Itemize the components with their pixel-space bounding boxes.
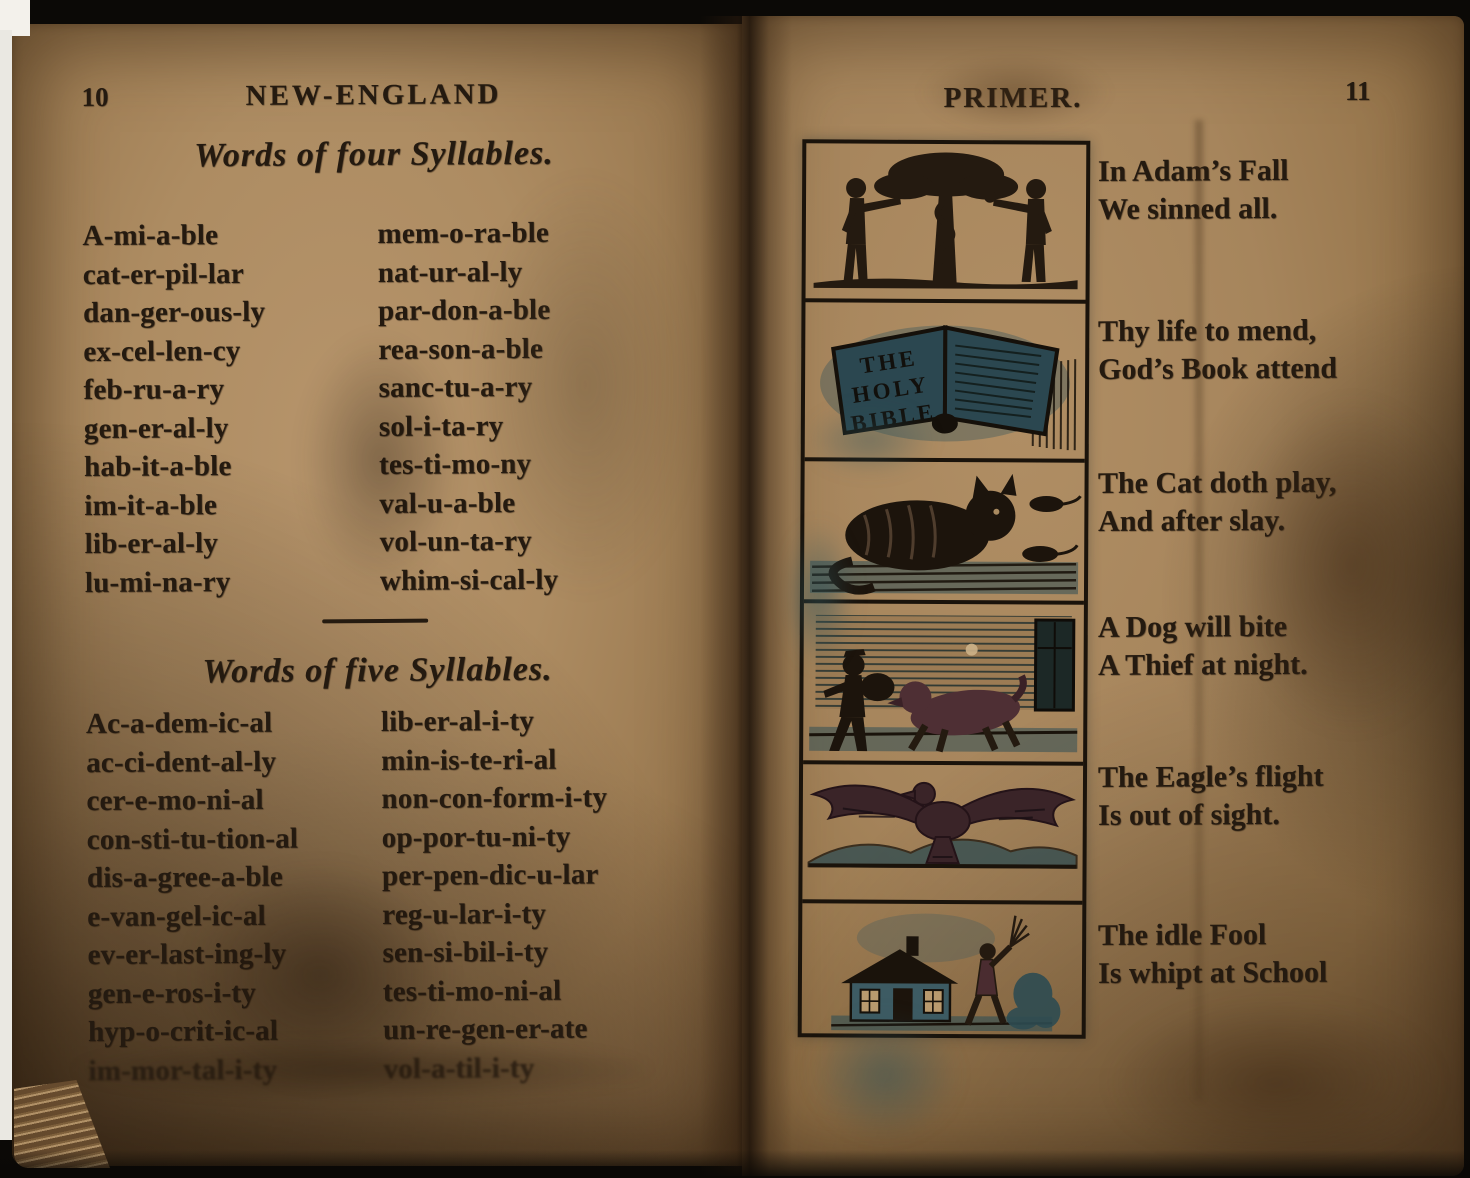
rhyme-line: Is out of sight. bbox=[1098, 795, 1458, 835]
rhyme-line: A Dog will bite bbox=[1098, 607, 1458, 647]
right-page: PRIMER. 11 bbox=[742, 16, 1464, 1176]
word-item: nat-ur-al-ly bbox=[378, 252, 557, 292]
rhyme-dog: A Dog will bite A Thief at night. bbox=[1098, 607, 1458, 685]
word-item: gen-e-ros-i-ty bbox=[88, 973, 300, 1013]
rhyme-line: The Cat doth play, bbox=[1098, 463, 1458, 503]
four-syllable-column-2: mem-o-ra-blenat-ur-al-lypar-don-a-blerea… bbox=[377, 214, 558, 600]
word-item: dan-ger-ous-ly bbox=[83, 293, 265, 333]
five-syllable-column-1: Ac-a-dem-ic-alac-ci-dent-al-lycer-e-mo-n… bbox=[86, 704, 300, 1090]
word-item: par-don-a-ble bbox=[378, 291, 557, 331]
word-item: non-con-form-i-ty bbox=[381, 778, 607, 818]
word-item: vol-un-ta-ry bbox=[379, 522, 558, 562]
left-page: 10 NEW-ENGLAND Words of four Syllables. … bbox=[8, 21, 746, 1168]
adam-and-eve-illustration bbox=[806, 143, 1087, 299]
rhyme-cat: The Cat doth play, And after slay. bbox=[1098, 463, 1458, 541]
rhyme-adams-fall: In Adam’s Fall We sinned all. bbox=[1098, 151, 1458, 229]
word-item: whim-si-cal-ly bbox=[380, 560, 559, 600]
word-item: mem-o-ra-ble bbox=[377, 214, 556, 254]
word-item: min-is-te-ri-al bbox=[381, 740, 607, 780]
word-item: cer-e-mo-ni-al bbox=[86, 781, 298, 821]
section-divider-rule bbox=[322, 619, 428, 624]
word-item: vol-a-til-i-ty bbox=[383, 1048, 609, 1088]
word-item: tes-ti-mo-ny bbox=[379, 445, 558, 485]
word-item: dis-a-gree-a-ble bbox=[87, 858, 299, 898]
rhyme-line: And after slay. bbox=[1098, 501, 1458, 541]
woodcut-cat bbox=[804, 461, 1085, 604]
word-item: gen-er-al-ly bbox=[84, 408, 266, 448]
word-item: cat-er-pil-lar bbox=[83, 254, 265, 294]
word-item: ex-cel-len-cy bbox=[83, 331, 265, 371]
word-item: Ac-a-dem-ic-al bbox=[86, 704, 298, 744]
word-item: feb-ru-a-ry bbox=[83, 370, 265, 410]
word-item: tes-ti-mo-ni-al bbox=[383, 971, 609, 1011]
rhyme-gods-book: Thy life to mend, God’s Book attend bbox=[1098, 311, 1458, 389]
word-item: hyp-o-crit-ic-al bbox=[88, 1012, 300, 1052]
word-item: e-van-gel-ic-al bbox=[87, 896, 299, 936]
word-item: lib-er-al-i-ty bbox=[381, 701, 607, 741]
woodcut-adam-and-eve bbox=[805, 143, 1086, 303]
word-item: sanc-tu-a-ry bbox=[378, 368, 557, 408]
word-item: un-re-gen-er-ate bbox=[383, 1009, 609, 1049]
word-item: con-sti-tu-tion-al bbox=[87, 819, 299, 859]
thief-and-dog-illustration bbox=[803, 603, 1084, 761]
word-item: lu-mi-na-ry bbox=[85, 562, 267, 602]
rhyme-line: The idle Fool bbox=[1098, 915, 1458, 955]
four-syllable-column-1: A-mi-a-blecat-er-pil-lardan-ger-ous-lyex… bbox=[82, 216, 267, 602]
word-item: im-mor-tal-i-ty bbox=[88, 1050, 300, 1090]
word-item: reg-u-lar-i-ty bbox=[382, 894, 608, 934]
rhyme-line: Is whipt at School bbox=[1098, 953, 1458, 993]
rhyme-line: We sinned all. bbox=[1098, 189, 1458, 229]
scan-bottom-shadow bbox=[0, 1150, 1470, 1178]
word-item: hab-it-a-ble bbox=[84, 447, 266, 487]
word-item: A-mi-a-ble bbox=[82, 216, 264, 256]
word-item: op-por-tu-ni-ty bbox=[382, 817, 608, 857]
word-item: lib-er-al-ly bbox=[85, 524, 267, 564]
word-item: val-u-a-ble bbox=[379, 483, 558, 523]
schoolhouse-and-master-illustration bbox=[802, 903, 1083, 1034]
rhyme-idle-fool: The idle Fool Is whipt at School bbox=[1098, 915, 1458, 993]
word-item: ev-er-last-ing-ly bbox=[87, 935, 299, 975]
word-item: ac-ci-dent-al-ly bbox=[86, 742, 298, 782]
rhyme-line: The Eagle’s flight bbox=[1098, 757, 1458, 797]
woodcut-school bbox=[802, 903, 1083, 1034]
holy-bible-illustration: THE HOLY BIBLE bbox=[805, 302, 1086, 458]
woodcut-frame: THE HOLY BIBLE bbox=[798, 139, 1091, 1038]
section-heading-four-syllables: Words of four Syllables. bbox=[9, 133, 739, 176]
word-item: per-pen-dic-u-lar bbox=[382, 855, 608, 895]
rhyme-line: A Thief at night. bbox=[1098, 645, 1458, 685]
running-head-right: PRIMER. bbox=[652, 82, 1374, 115]
rhyme-line: Thy life to mend, bbox=[1098, 311, 1458, 351]
page-number-right: 11 bbox=[1345, 76, 1371, 107]
book-scan: 10 NEW-ENGLAND Words of four Syllables. … bbox=[0, 0, 1470, 1178]
section-heading-five-syllables: Words of five Syllables. bbox=[12, 649, 742, 692]
rhyme-line: In Adam’s Fall bbox=[1098, 151, 1458, 191]
scanner-background bbox=[0, 30, 12, 1140]
rhyme-line: God’s Book attend bbox=[1098, 349, 1458, 389]
woodcut-holy-bible: THE HOLY BIBLE bbox=[805, 302, 1086, 462]
word-item: rea-son-a-ble bbox=[378, 329, 557, 369]
rhyme-eagle: The Eagle’s flight Is out of sight. bbox=[1098, 757, 1458, 835]
word-item: im-it-a-ble bbox=[84, 485, 266, 525]
word-item: sol-i-ta-ry bbox=[379, 406, 558, 446]
word-item: sen-si-bil-i-ty bbox=[382, 932, 608, 972]
running-head-left: NEW-ENGLAND bbox=[8, 76, 738, 114]
five-syllable-column-2: lib-er-al-i-tymin-is-te-ri-alnon-con-for… bbox=[381, 701, 609, 1088]
flying-eagle-illustration bbox=[802, 764, 1083, 900]
woodcut-eagle bbox=[802, 764, 1083, 904]
cat-and-mice-illustration bbox=[804, 461, 1085, 600]
woodcut-dog-and-thief bbox=[803, 603, 1084, 765]
